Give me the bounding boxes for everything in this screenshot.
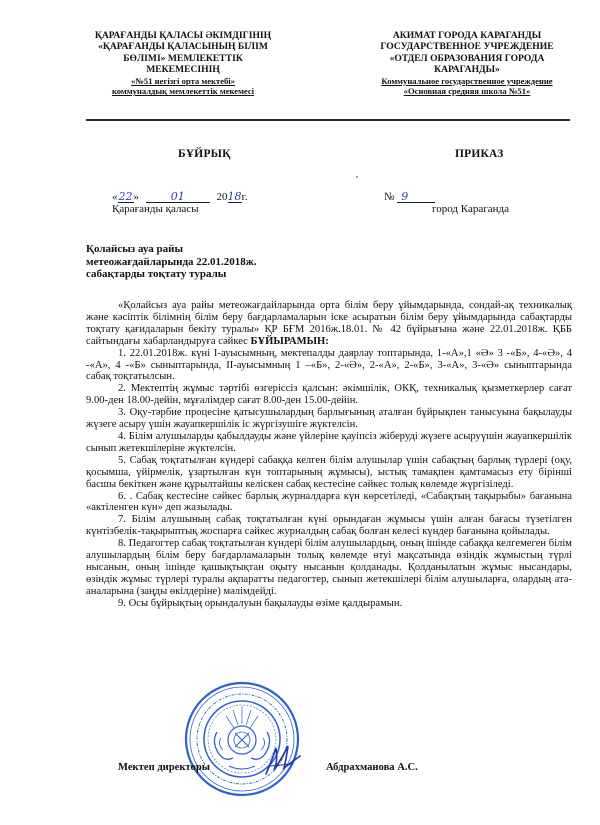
order-subject: Қолайсыз ауа райы метеожағдайларында 22.…: [86, 243, 257, 281]
preamble: «Қолайсыз ауа райы метеожағдайларында ор…: [86, 300, 572, 348]
order-date: «22» 01 2018г.: [112, 190, 248, 203]
number-label: №: [384, 191, 395, 203]
signature-icon: [262, 740, 304, 780]
date-day: 22: [118, 190, 134, 203]
order-item-1: 1. 22.01.2018ж. күні І-ауысымның, мектеп…: [86, 348, 572, 384]
quote-close: »: [134, 191, 140, 203]
date-year-suffix: 18: [228, 190, 242, 203]
header-kazakh-school-type: коммуналдық мемлекеттік мекемесі: [78, 86, 288, 97]
header-russian-line: ГОСУДАРСТВЕННОЕ УЧРЕЖДЕНИЕ: [362, 41, 572, 52]
preamble-emphasis: БҰЙЫРАМЫН:: [251, 336, 329, 347]
signatory-title: Мектеп директоры: [118, 762, 210, 773]
number-value: 9: [397, 190, 435, 203]
date-month: 01: [146, 190, 210, 203]
subject-line: метеожағдайларында 22.01.2018ж.: [86, 256, 257, 269]
header-russian-school-type: Коммунальное государственное учреждение: [362, 76, 572, 87]
signatory-name: Абдрахманова А.С.: [326, 762, 418, 773]
subject-line: сабақтарды тоқтату туралы: [86, 268, 257, 281]
city-kazakh: Қарағанды қаласы: [112, 203, 199, 215]
header-kazakh-line: «ҚАРАҒАНДЫ ҚАЛАСЫНЫҢ БІЛІМ: [78, 41, 288, 52]
order-item-4: 4. Білім алушыларды қабылдауды және үйле…: [86, 431, 572, 455]
date-year-unit: г.: [242, 191, 248, 203]
order-item-7: 7. Білім алушының сабақ тоқтатылған күні…: [86, 514, 572, 538]
header-russian-school: «Основная средняя школа №51»: [362, 86, 572, 97]
order-item-2: 2. Мектептің жұмыс тәртібі өзгеріссіз қа…: [86, 383, 572, 407]
title-russian: ПРИКАЗ: [455, 148, 504, 160]
order-item-5: 5. Сабақ тоқтатылған күндері сабаққа кел…: [86, 455, 572, 491]
order-item-9: 9. Осы бұйрықтың орындалуын бақылауды өз…: [86, 598, 572, 610]
order-item-8: 8. Педагогтер сабақ тоқтатылған күндері …: [86, 538, 572, 598]
order-body: «Қолайсыз ауа райы метеожағдайларында ор…: [86, 300, 572, 610]
header-russian: АКИМАТ ГОРОДА КАРАГАНДЫ ГОСУДАРСТВЕННОЕ …: [362, 30, 572, 97]
header-kazakh: ҚАРАҒАНДЫ ҚАЛАСЫ ӘКІМДІГІНІҢ «ҚАРАҒАНДЫ …: [78, 30, 288, 97]
header-kazakh-line: БӨЛІМІ» МЕМЛЕКЕТТІК: [78, 53, 288, 64]
header-kazakh-line: МЕКЕМЕСІНІҢ: [78, 64, 288, 75]
subject-line: Қолайсыз ауа райы: [86, 243, 257, 256]
city-russian: город Караганда: [432, 203, 509, 215]
order-item-6: 6. . Сабақ кестесіне сәйкес барлық журна…: [86, 491, 572, 515]
order-number: № 9: [384, 190, 435, 203]
preamble-text: «Қолайсыз ауа райы метеожағдайларында ор…: [86, 300, 572, 347]
official-stamp-icon: [183, 680, 301, 798]
title-kazakh: БҰЙРЫҚ: [178, 148, 231, 160]
header-russian-line: КАРАГАНДЫ»: [362, 64, 572, 75]
header-russian-line: АКИМАТ ГОРОДА КАРАГАНДЫ: [362, 30, 572, 41]
scan-speck: [356, 176, 358, 178]
header-divider: [86, 119, 570, 121]
header-russian-line: «ОТДЕЛ ОБРАЗОВАНИЯ ГОРОДА: [362, 53, 572, 64]
date-year-prefix: 20: [217, 191, 228, 203]
order-item-3: 3. Оқу-тәрбие процесіне қатысушылардың б…: [86, 407, 572, 431]
header-kazakh-school: «№51 негізгі орта мектебі»: [78, 76, 288, 87]
header-kazakh-line: ҚАРАҒАНДЫ ҚАЛАСЫ ӘКІМДІГІНІҢ: [78, 30, 288, 41]
